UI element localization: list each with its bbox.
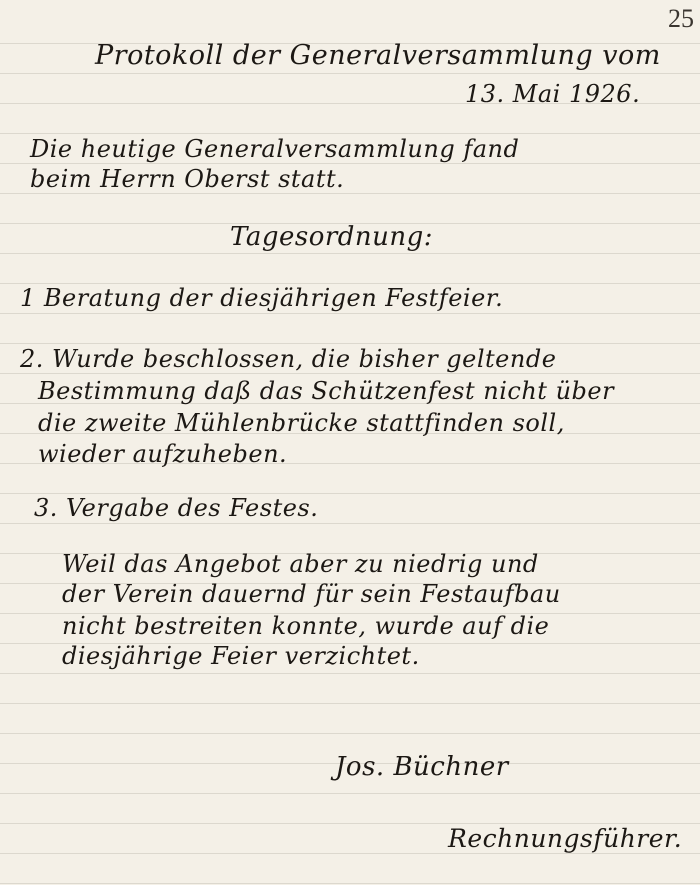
agenda-item-2-line-1: 2. Wurde beschlossen, die bisher geltend…	[20, 345, 556, 373]
item3-body-line-1: Weil das Angebot aber zu niedrig und	[62, 550, 539, 578]
item3-body-line-4: diesjährige Feier verzichtet.	[62, 642, 420, 670]
signature: Jos. Büchner	[335, 752, 509, 782]
agenda-item-2-line-2: Bestimmung daß das Schützenfest nicht üb…	[38, 377, 614, 405]
agenda-item-2-line-4: wieder aufzuheben.	[38, 440, 287, 468]
agenda-item-2-line-3: die zweite Mühlenbrücke stattfinden soll…	[38, 409, 565, 437]
protocol-date: 13. Mai 1926.	[465, 80, 640, 108]
agenda-item-3: 3. Vergabe des Festes.	[34, 494, 318, 522]
agenda-item-1: 1 Beratung der diesjährigen Festfeier.	[20, 284, 503, 312]
agenda-heading: Tagesordnung:	[230, 222, 433, 252]
intro-line-2: beim Herrn Oberst statt.	[30, 165, 344, 193]
intro-line-1: Die heutige Generalversammlung fand	[30, 135, 519, 163]
signature-role: Rechnungsführer.	[448, 824, 682, 853]
ledger-page: 25 Protokoll der Generalversammlung vom …	[0, 0, 700, 885]
item3-body-line-3: nicht bestreiten konnte, wurde auf die	[62, 612, 549, 640]
page-number: 25	[668, 4, 694, 34]
protocol-title: Protokoll der Generalversammlung vom	[95, 40, 661, 71]
item3-body-line-2: der Verein dauernd für sein Festaufbau	[62, 580, 561, 608]
